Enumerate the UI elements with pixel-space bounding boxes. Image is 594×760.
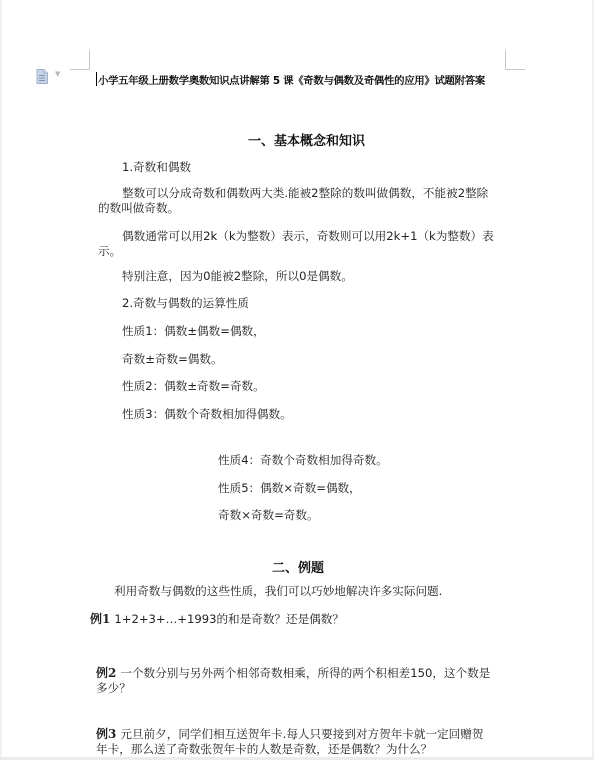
example-2-label: 例2	[96, 666, 116, 680]
section-heading-basics: 一、基本概念和知识	[248, 130, 365, 149]
subheading-odd-even: 1.奇数和偶数	[122, 160, 191, 175]
example-2-line2: 多少？	[96, 681, 131, 696]
example-1-text: 1+2+3+…+1993的和是奇数？还是偶数？	[114, 612, 344, 626]
example-1: 例11+2+3+…+1993的和是奇数？还是偶数？	[90, 612, 344, 627]
document-icon[interactable]	[36, 69, 48, 84]
margin-mark-top-left-v	[89, 50, 90, 70]
property-5b: 奇数×奇数=奇数。	[218, 508, 319, 523]
margin-mark-top-left-h	[70, 69, 90, 70]
paragraph-representation-line1: 偶数通常可以用2k（k为整数）表示，奇数则可以用2k+1（k为整数）表	[122, 229, 494, 244]
examples-intro: 利用奇数与偶数的这些性质，我们可以巧妙地解决许多实际问题.	[114, 584, 442, 599]
property-5a: 性质5：偶数×奇数=偶数，	[218, 481, 361, 496]
example-3-line2: 年卡，那么送了奇数张贺年卡的人数是奇数，还是偶数？为什么？	[96, 742, 432, 757]
example-3-text-line1: 元旦前夕，同学们相互送贺年卡.每人只要接到对方贺年卡就一定回赠贺	[120, 727, 483, 741]
example-1-label: 例1	[90, 612, 110, 626]
property-3: 性质3：偶数个奇数相加得偶数。	[122, 407, 292, 422]
paragraph-zero-note: 特别注意，因为0能被2整除，所以0是偶数。	[122, 269, 353, 284]
text-cursor	[96, 72, 97, 86]
page-edge-left	[0, 0, 2, 760]
property-1b: 奇数±奇数=偶数。	[122, 352, 223, 367]
margin-mark-top-right-h	[505, 69, 525, 70]
section-heading-examples: 二、例题	[272, 557, 324, 576]
property-2: 性质2：偶数±奇数=奇数。	[122, 379, 265, 394]
property-1a: 性质1：偶数±偶数=偶数，	[122, 324, 265, 339]
paragraph-definition-line2: 的数叫做奇数。	[98, 201, 179, 216]
example-3-label: 例3	[96, 727, 116, 741]
example-2-text-line1: 一个数分别与另外两个相邻奇数相乘，所得的两个积相差150，这个数是	[120, 666, 490, 680]
example-2: 例2一个数分别与另外两个相邻奇数相乘，所得的两个积相差150，这个数是	[96, 666, 490, 681]
margin-mark-top-right-v	[505, 50, 506, 70]
property-4: 性质4：奇数个奇数相加得奇数。	[218, 453, 388, 468]
document-title: 小学五年级上册数学奥数知识点讲解第 5 课《奇数与偶数及奇偶性的应用》试题附答案	[98, 72, 485, 87]
paragraph-definition-line1: 整数可以分成奇数和偶数两大类.能被2整除的数叫做偶数，不能被2整除	[122, 186, 488, 201]
chevron-down-icon[interactable]: ▼	[55, 70, 60, 78]
example-3: 例3元旦前夕，同学们相互送贺年卡.每人只要接到对方贺年卡就一定回赠贺	[96, 727, 483, 742]
subheading-operations: 2.奇数与偶数的运算性质	[122, 296, 249, 311]
paragraph-representation-line2: 示。	[98, 244, 121, 259]
